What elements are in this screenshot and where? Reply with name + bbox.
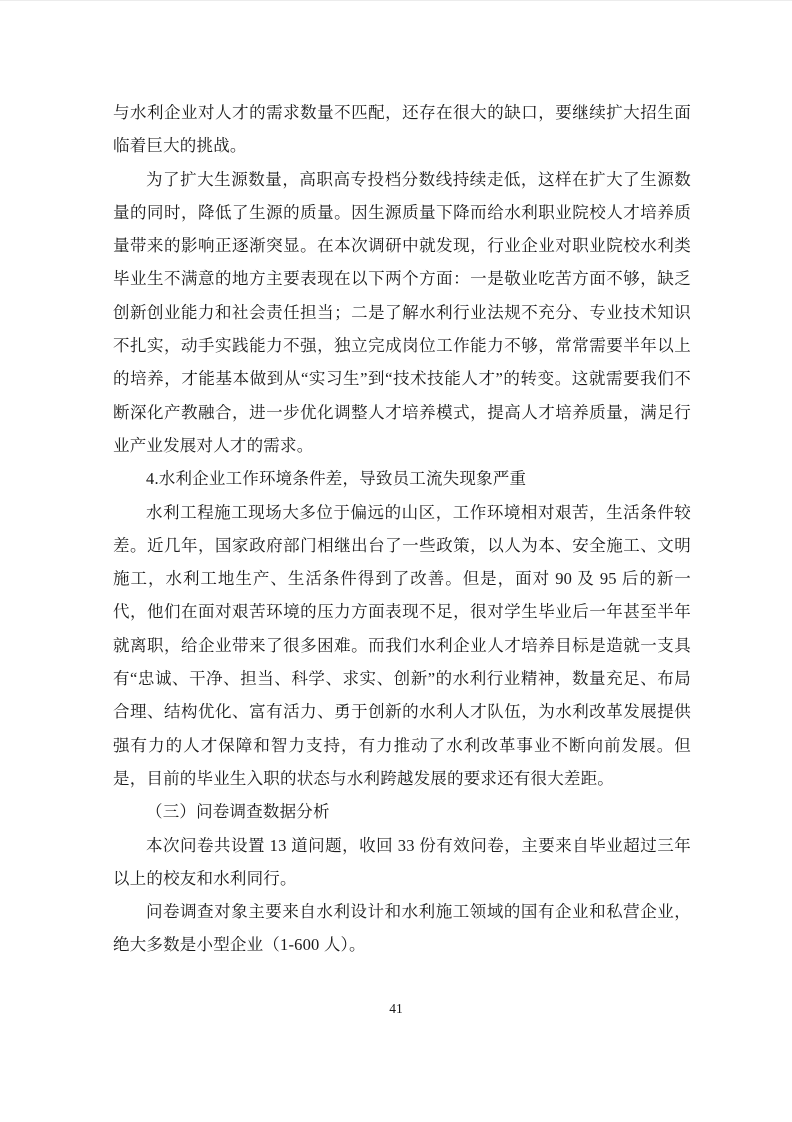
paragraph: 水利工程施工现场大多位于偏远的山区，工作环境相对艰苦，生活条件较差。近几年，国家… (113, 496, 691, 796)
paragraph: 为了扩大生源数量，高职高专投档分数线持续走低，这样在扩大了生源数量的同时，降低了… (113, 163, 691, 463)
subsection-heading: （三）问卷调查数据分析 (113, 795, 691, 828)
page-number: 41 (389, 1001, 403, 1016)
page-footer: 41 (0, 1000, 792, 1018)
paragraph-continued: 与水利企业对人才的需求数量不匹配，还存在很大的缺口，要继续扩大招生面临着巨大的挑… (113, 96, 691, 163)
document-body: 与水利企业对人才的需求数量不匹配，还存在很大的缺口，要继续扩大招生面临着巨大的挑… (113, 96, 691, 962)
document-page: 与水利企业对人才的需求数量不匹配，还存在很大的缺口，要继续扩大招生面临着巨大的挑… (0, 0, 792, 1122)
paragraph: 本次问卷共设置 13 道问题，收回 33 份有效问卷，主要来自毕业超过三年以上的… (113, 829, 691, 896)
section-heading: 4.水利企业工作环境条件差，导致员工流失现象严重 (113, 462, 691, 495)
paragraph: 问卷调查对象主要来自水利设计和水利施工领域的国有企业和私营企业，绝大多数是小型企… (113, 895, 691, 962)
